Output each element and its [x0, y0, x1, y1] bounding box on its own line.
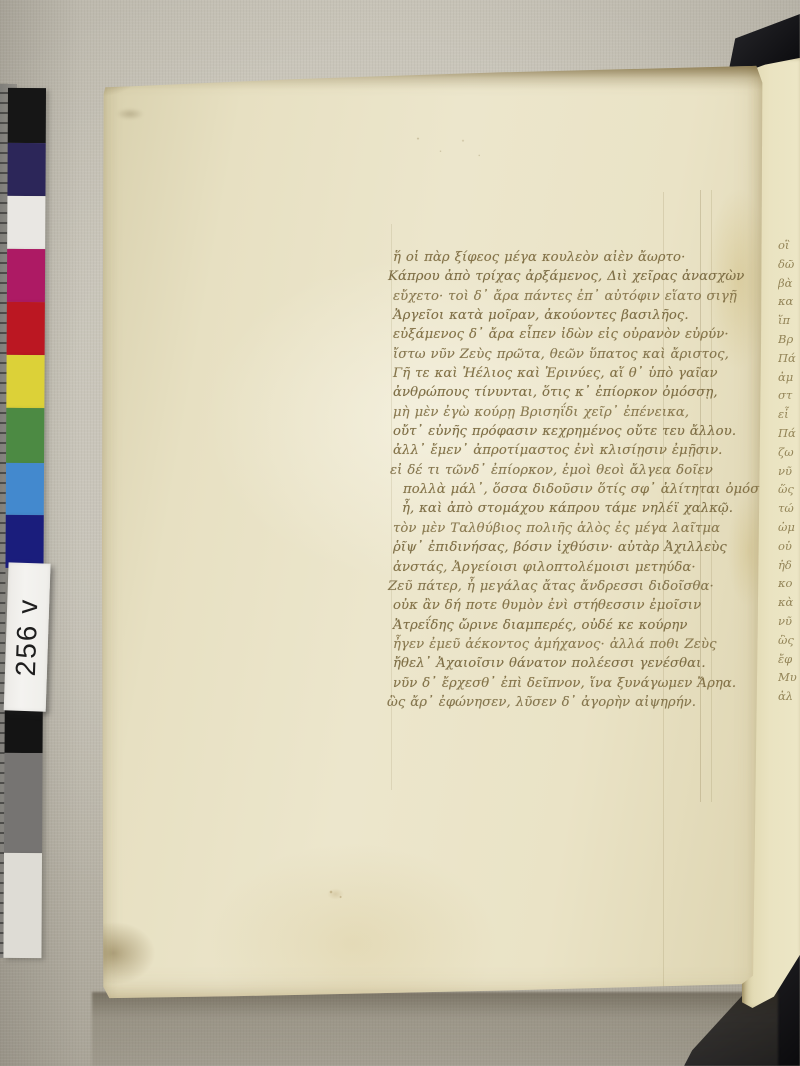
colorbar-patch-magenta	[7, 249, 45, 302]
colorbar-patch-dark-violet	[7, 143, 45, 196]
colorbar-patch-green	[6, 408, 44, 463]
colorbar-patch-white	[7, 196, 45, 249]
colorbar-patch-dark-blue	[5, 515, 43, 568]
colorbar-patch-red	[7, 302, 45, 355]
manuscript-photo: οἳ δῶ βὰ κα ἵπ Βρ Πά ἀμ στ εἶ Πά ζω νῦ ὥ…	[0, 0, 800, 1066]
colorbar-patch-yellow	[6, 355, 44, 408]
color-calibration-scale: 256 v	[0, 0, 800, 1066]
folio-label: 256 v	[4, 562, 51, 711]
colorbar-patch-black	[8, 88, 46, 143]
colorbar-patch-light-blue	[6, 463, 44, 515]
colorbar-patch-light-grey	[3, 853, 42, 958]
colorbar-patch-grey	[4, 753, 43, 853]
folio-number: 256 v	[10, 597, 45, 677]
colorbar-patch-black-2	[5, 706, 43, 753]
